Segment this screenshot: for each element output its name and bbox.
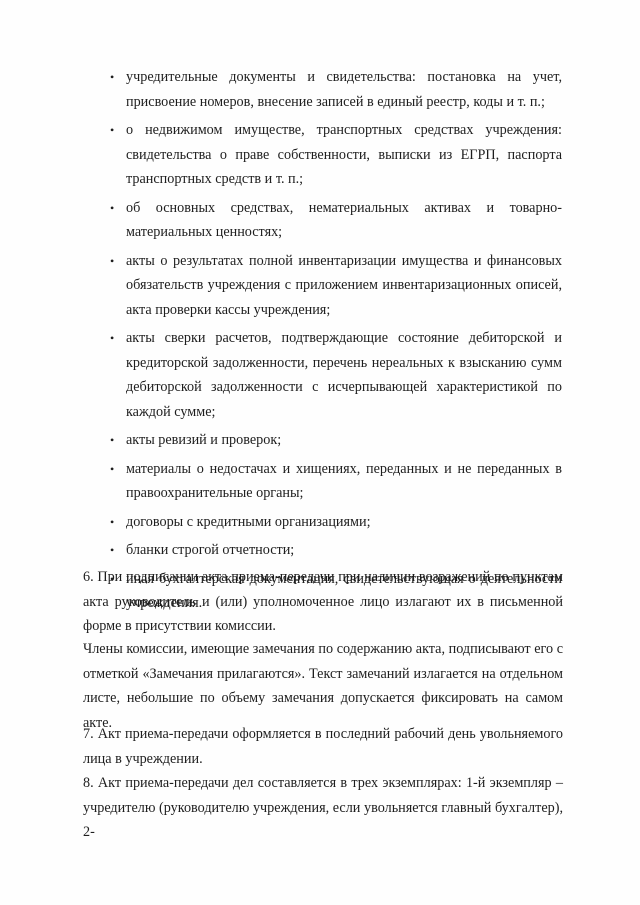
paragraph-6: 6. При подписании акта приема-передачи п… bbox=[83, 565, 563, 639]
list-item: •материалы о недостачах и хищениях, пере… bbox=[110, 457, 562, 506]
bullet-icon: • bbox=[110, 118, 114, 143]
bullet-icon: • bbox=[110, 196, 114, 221]
paragraph-7: 7. Акт приема-передачи оформляется в пос… bbox=[83, 722, 563, 771]
list-item: •о недвижимом имуществе, транспортных ср… bbox=[110, 118, 562, 192]
bullet-icon: • bbox=[110, 249, 114, 274]
bullet-icon: • bbox=[110, 457, 114, 482]
list-item: •договоры с кредитными организациями; bbox=[110, 510, 562, 535]
list-item: •акты о результатах полной инвентаризаци… bbox=[110, 249, 562, 323]
list-item: •учредительные документы и свидетельства… bbox=[110, 65, 562, 114]
bullet-icon: • bbox=[110, 428, 114, 453]
document-page: •учредительные документы и свидетельства… bbox=[0, 0, 640, 905]
list-item: •бланки строгой отчетности; bbox=[110, 538, 562, 563]
bullet-icon: • bbox=[110, 65, 114, 90]
list-item: •об основных средствах, нематериальных а… bbox=[110, 196, 562, 245]
paragraph-commission-remarks: Члены комиссии, имеющие замечания по сод… bbox=[83, 637, 563, 735]
list-item: •акты сверки расчетов, подтверждающие со… bbox=[110, 326, 562, 424]
bullet-icon: • bbox=[110, 326, 114, 351]
bullet-icon: • bbox=[110, 510, 114, 535]
bullet-icon: • bbox=[110, 538, 114, 563]
list-item: •акты ревизий и проверок; bbox=[110, 428, 562, 453]
paragraph-8: 8. Акт приема-передачи дел составляется … bbox=[83, 771, 563, 845]
document-bullet-list: •учредительные документы и свидетельства… bbox=[110, 65, 562, 620]
